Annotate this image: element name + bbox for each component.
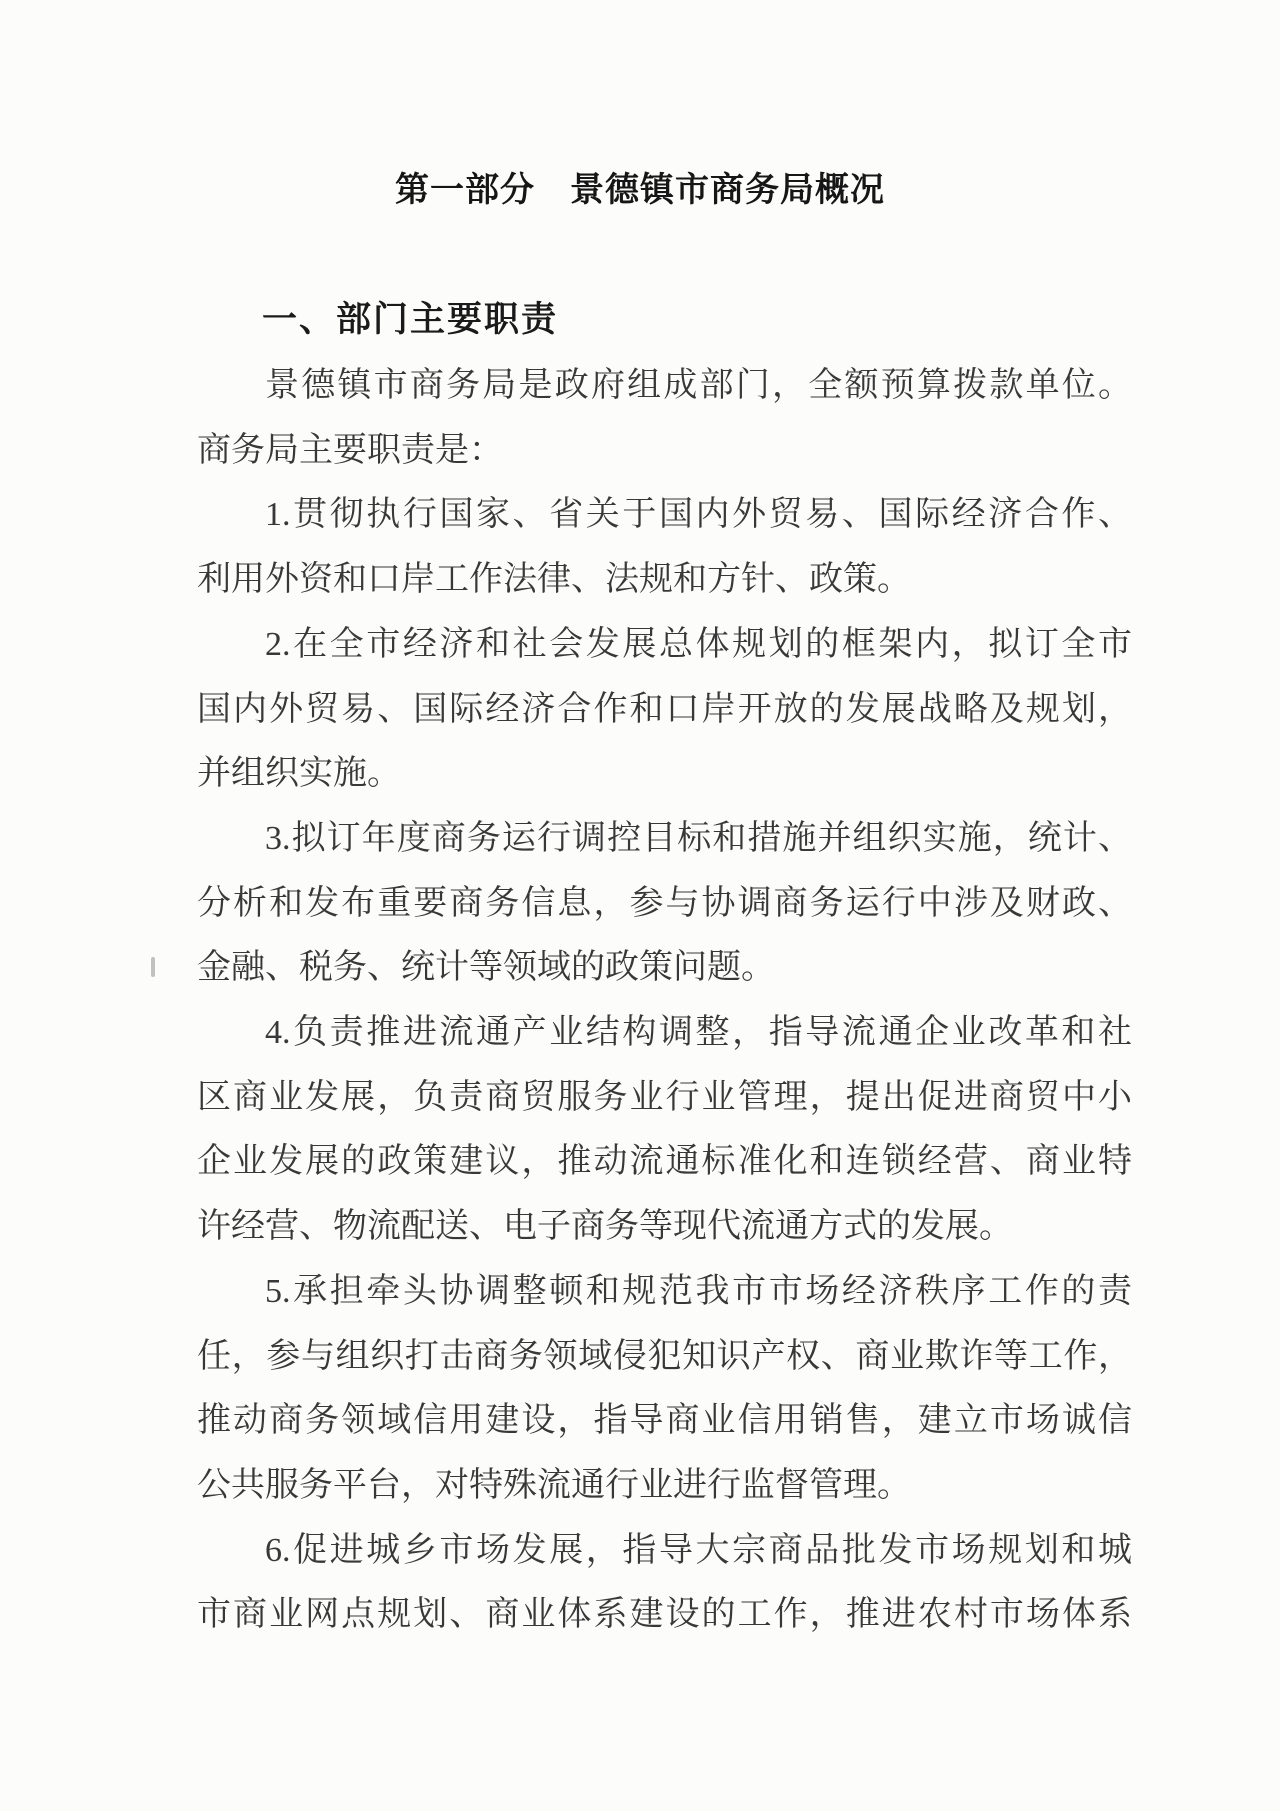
body-line: 金融、税务、统计等领域的政策问题。 <box>197 935 1132 1000</box>
body-line: 2.在全市经济和社会发展总体规划的框架内，拟订全市 <box>197 612 1132 677</box>
body-line: 许经营、物流配送、电子商务等现代流通方式的发展。 <box>197 1194 1132 1259</box>
body-line: 6.促进城乡市场发展，指导大宗商品批发市场规划和城 <box>197 1518 1132 1583</box>
section-heading: 一、部门主要职责 <box>262 288 558 352</box>
body-line: 1.贯彻执行国家、省关于国内外贸易、国际经济合作、 <box>197 482 1132 547</box>
body-line: 5.承担牵头协调整顿和规范我市市场经济秩序工作的责 <box>197 1259 1132 1324</box>
body-line: 4.负责推进流通产业结构调整，指导流通企业改革和社 <box>197 1000 1132 1065</box>
body-line: 并组织实施。 <box>197 741 1132 806</box>
document-title: 第一部分 景德镇市商务局概况 <box>0 156 1280 224</box>
body-line: 任，参与组织打击商务领域侵犯知识产权、商业欺诈等工作， <box>197 1324 1132 1389</box>
body-line: 区商业发展，负责商贸服务业行业管理，提出促进商贸中小 <box>197 1065 1132 1130</box>
body-line: 利用外资和口岸工作法律、法规和方针、政策。 <box>197 547 1132 612</box>
scan-smudge <box>151 957 155 977</box>
body-line: 企业发展的政策建议，推动流通标准化和连锁经营、商业特 <box>197 1129 1132 1194</box>
body-line: 公共服务平台，对特殊流通行业进行监督管理。 <box>197 1453 1132 1518</box>
body-line: 分析和发布重要商务信息，参与协调商务运行中涉及财政、 <box>197 871 1132 936</box>
document-page: 第一部分 景德镇市商务局概况 一、部门主要职责 景德镇市商务局是政府组成部门，全… <box>0 0 1280 1811</box>
body-line: 3.拟订年度商务运行调控目标和措施并组织实施，统计、 <box>197 806 1132 871</box>
body-line: 市商业网点规划、商业体系建设的工作，推进农村市场体系 <box>197 1582 1132 1647</box>
body-line: 景德镇市商务局是政府组成部门，全额预算拨款单位。 <box>197 353 1132 418</box>
body-line: 商务局主要职责是： <box>197 418 1132 483</box>
body-line: 推动商务领域信用建设，指导商业信用销售，建立市场诚信 <box>197 1388 1132 1453</box>
body-line: 国内外贸易、国际经济合作和口岸开放的发展战略及规划， <box>197 677 1132 742</box>
